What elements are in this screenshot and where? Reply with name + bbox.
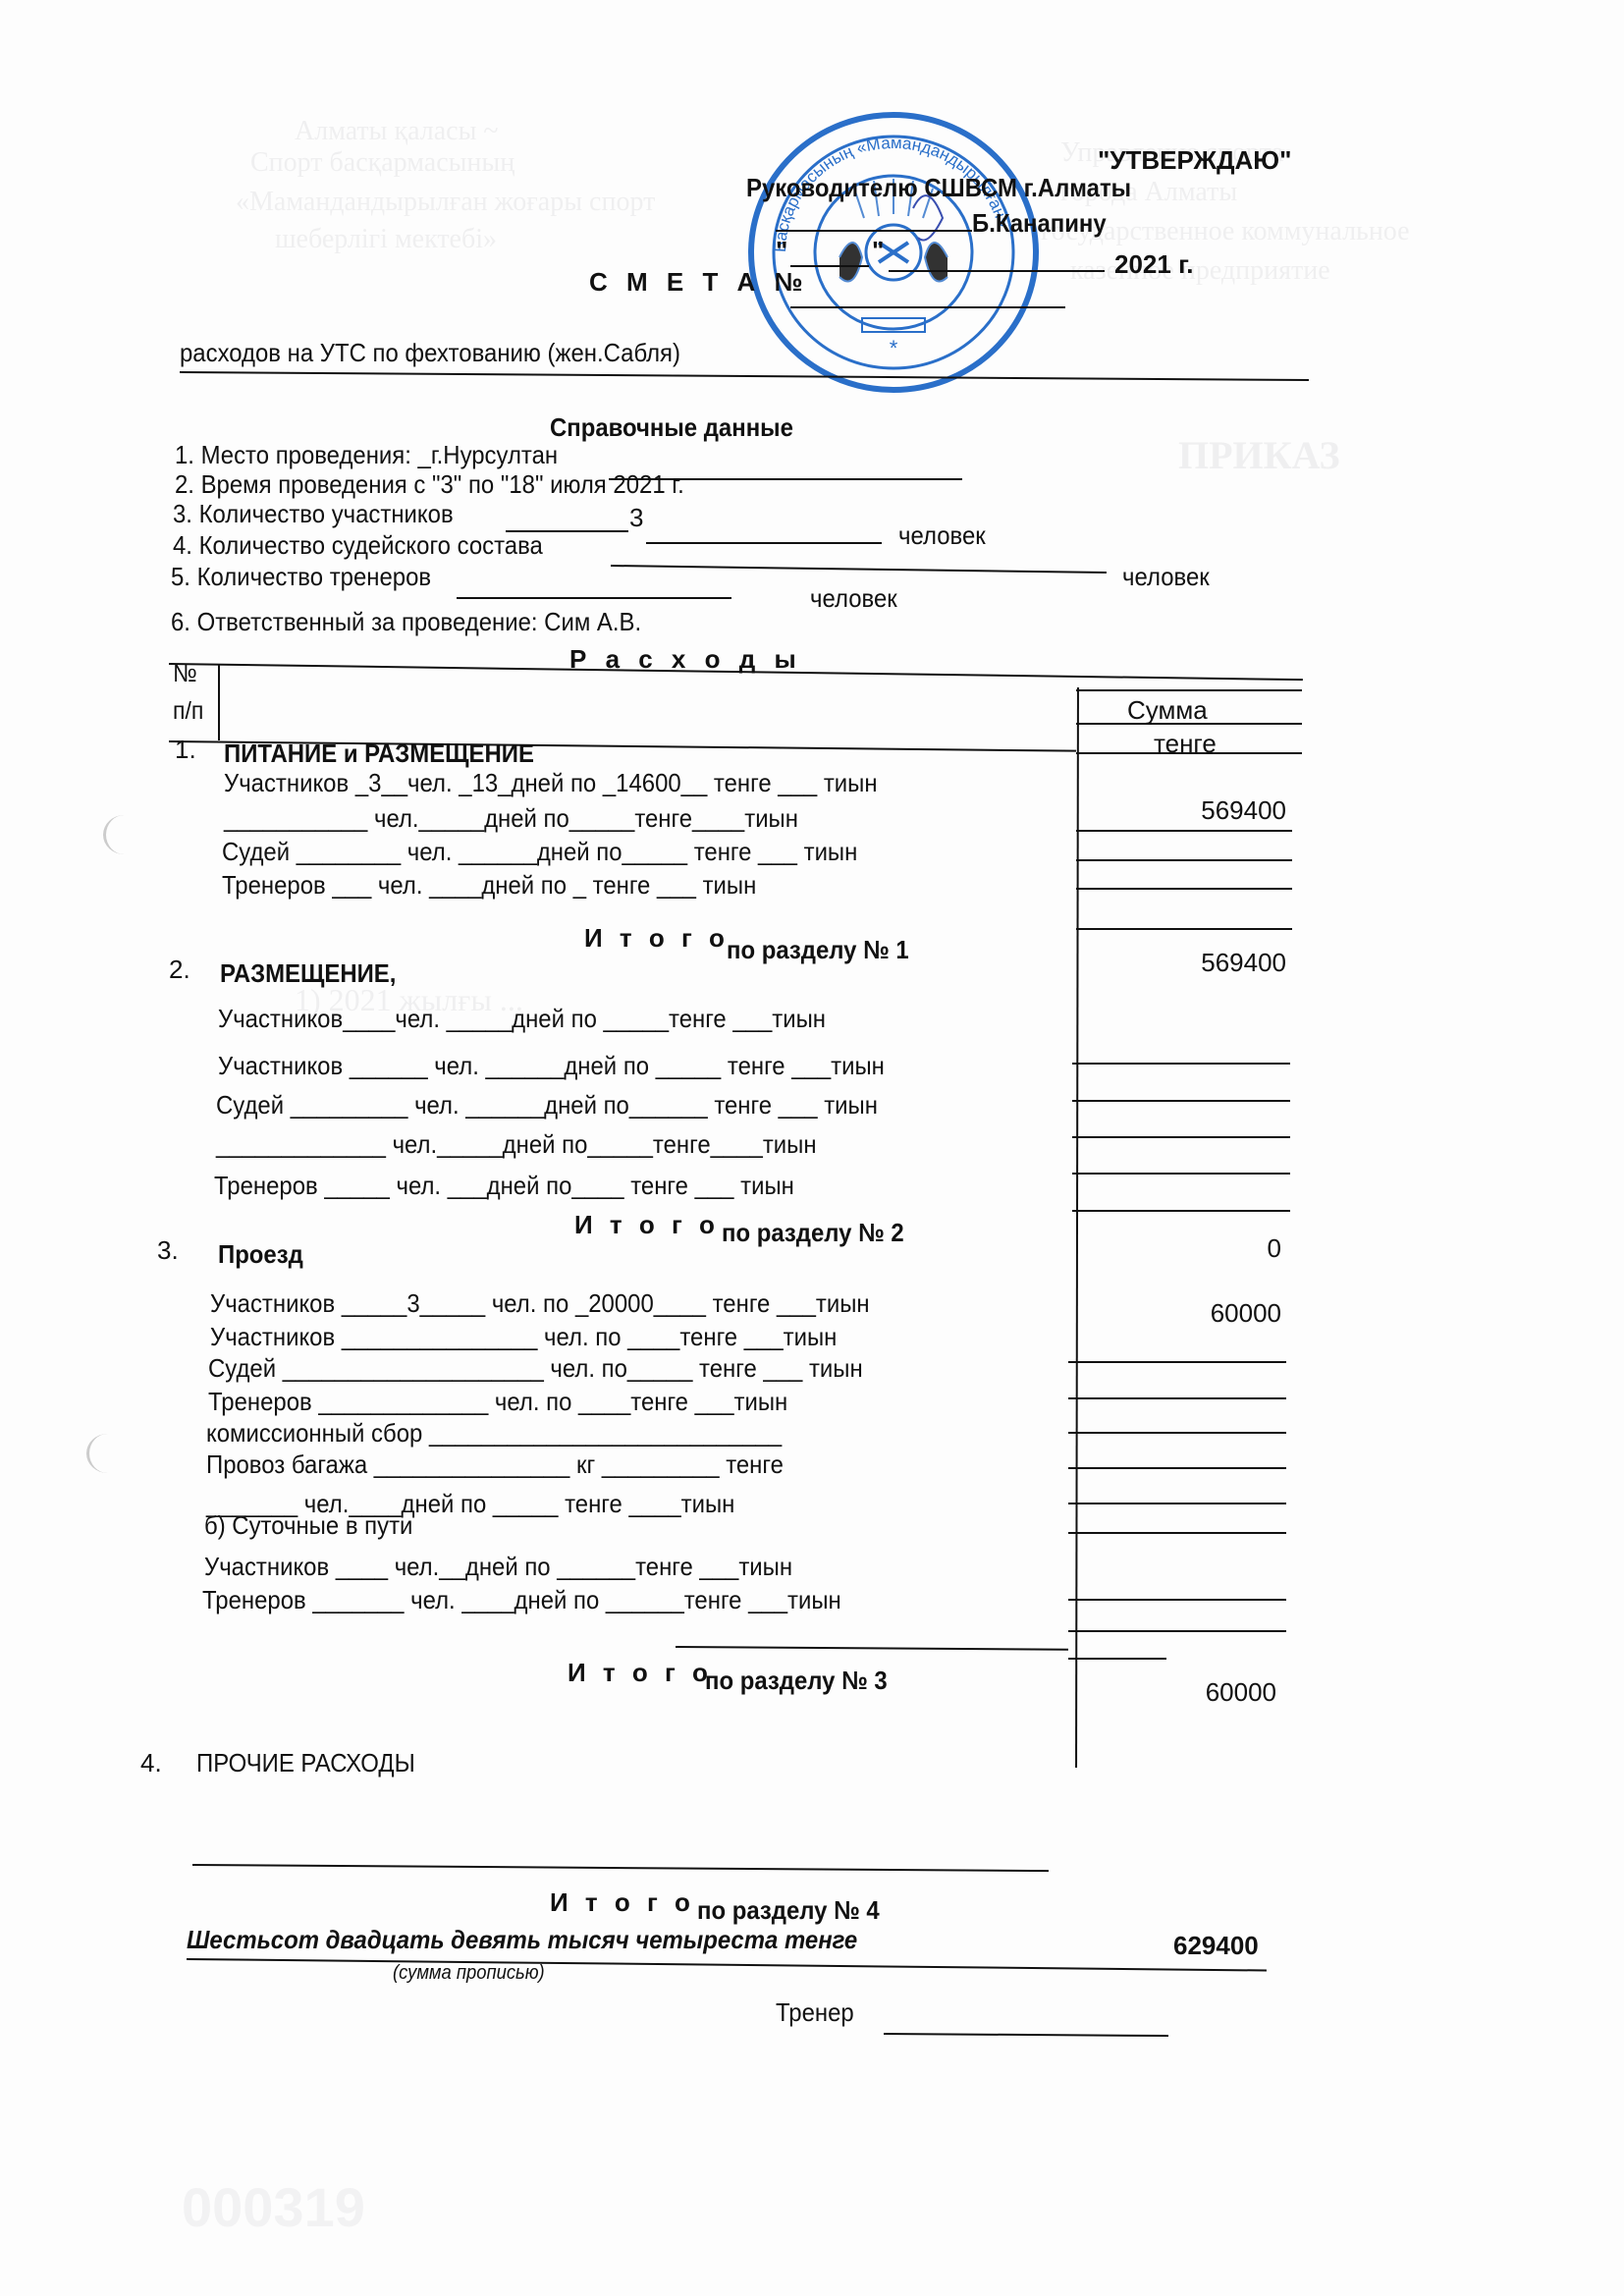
bleed-through-text: ПРИКАЗ: [1178, 432, 1340, 478]
sum-row-line: [1068, 1658, 1166, 1660]
section-2-total-label: И т о г о: [574, 1210, 720, 1240]
section-3-title: Проезд: [218, 1239, 303, 1270]
judges-line: [611, 565, 1107, 574]
bleed-through-text: казенное предприятие: [1070, 255, 1330, 287]
reference-item-participants: 3. Количество участников: [173, 499, 454, 529]
official-stamp-icon: * Басқармасының «Мамандандырылған»: [746, 110, 1041, 395]
coach-signature-label: Тренер: [776, 1997, 854, 2028]
sum-row-line: [1072, 1136, 1290, 1138]
coaches-unit: человек: [810, 583, 897, 614]
sum-column-divider: [1075, 687, 1079, 1768]
section-3-line-commission: комиссионный сбор ______________________…: [206, 1418, 782, 1449]
bleed-through-text: шеберлігі мектебі»: [275, 224, 497, 255]
smeta-title: С М Е Т А №: [589, 267, 809, 298]
sum-row-line: [1068, 1397, 1286, 1399]
approver-name: Б.Канапину: [972, 208, 1107, 239]
judges-unit: человек: [1122, 562, 1210, 592]
section-3-line-judges: Судей ____________________ чел. по_____ …: [208, 1353, 863, 1384]
section-2-line-coaches: Тренеров _____ чел. ___дней по____ тенге…: [214, 1171, 794, 1201]
section-4-total-label: И т о г о: [550, 1887, 695, 1918]
grand-total-words: Шестьсот двадцать девять тысяч четыреста…: [187, 1925, 857, 1955]
signature-line: [776, 230, 972, 232]
sum-row-line: [1072, 1210, 1290, 1212]
coaches-line: [457, 597, 731, 599]
bleed-through-number: 000319: [182, 2175, 365, 2239]
sum-row-line: [1068, 1630, 1286, 1632]
section-3-total-by: по разделу № 3: [705, 1666, 888, 1696]
bleed-through-text: Спорт басқармасының: [250, 147, 514, 179]
sum-row-line: [1072, 1100, 1290, 1102]
approve-heading: "УТВЕРЖДАЮ": [1098, 145, 1291, 176]
participants-line-b: [646, 542, 882, 544]
section-3-line-participants: Участников _____3_____ чел. по _20000___…: [210, 1288, 870, 1319]
col-number-header-2: п/п: [173, 697, 203, 726]
section-3-per-diem-coaches: Тренеров _______ чел. ____дней по ______…: [202, 1585, 841, 1615]
reference-item-place: 1. Место проведения: _г.Нурсултан: [175, 440, 558, 470]
bleed-through-text: Алматы қаласы ~: [295, 116, 499, 147]
section-3-per-diem-heading: б) Суточные в пути: [204, 1510, 412, 1541]
reference-item-coaches: 5. Количество тренеров: [171, 562, 431, 592]
sum-header-bottom: [1076, 752, 1302, 754]
section-3-total-label: И т о г о: [568, 1658, 713, 1688]
smeta-subject: расходов на УТС по фехтованию (жен.Сабля…: [180, 338, 680, 368]
sum-row-line: [1068, 1532, 1286, 1534]
section-4-line: [192, 1864, 1049, 1872]
section-1-line-amount: 569400: [1090, 795, 1286, 826]
section-2-line-participants: Участников____чел. _____дней по _____тен…: [218, 1004, 826, 1034]
col-divider: [218, 664, 220, 740]
col-number-header: №: [173, 660, 197, 688]
section-3-total-line: [676, 1646, 1068, 1651]
sum-row-line: [1076, 928, 1292, 930]
section-1-line-extra: ___________ чел._____дней по_____тенге__…: [224, 803, 798, 834]
section-3-number: 3.: [157, 1235, 179, 1266]
section-1-line-coaches: Тренеров ___ чел. ____дней по _ тенге __…: [222, 870, 756, 901]
section-3-line-baggage: Провоз багажа _______________ кг _______…: [206, 1449, 784, 1480]
participants-count: 3: [629, 503, 643, 533]
reference-item-time: 2. Время проведения с "3" по "18" июля 2…: [175, 469, 684, 500]
section-2-total-by: по разделу № 2: [722, 1218, 904, 1248]
section-2-line-extra: _____________ чел._____дней по_____тенге…: [216, 1129, 817, 1160]
sum-row-line: [1072, 1063, 1290, 1065]
section-1-number: 1.: [175, 735, 196, 765]
sum-row-line: [1068, 1503, 1286, 1504]
approver-title: Руководителю СШВСМ г.Алматы: [746, 173, 1131, 203]
sum-row-line: [1072, 1173, 1290, 1175]
section-1-line-judges: Судей ________ чел. ______дней по_____ т…: [222, 837, 857, 867]
date-quote-close: ": [872, 236, 884, 266]
sum-row-line: [1076, 830, 1292, 832]
sum-row-line: [1068, 1467, 1286, 1469]
section-1-title: ПИТАНИЕ и РАЗМЕЩЕНИЕ: [224, 738, 534, 769]
section-2-title: РАЗМЕЩЕНИЕ,: [220, 958, 396, 989]
reference-heading: Справочные данные: [550, 412, 793, 443]
sum-header-top: [1076, 689, 1302, 691]
section-3-total: 60000: [1080, 1677, 1276, 1708]
section-4-total-by: по разделу № 4: [697, 1895, 880, 1926]
section-1-total: 569400: [1090, 948, 1286, 978]
sum-row-line: [1068, 1432, 1286, 1434]
punch-hole: [86, 1434, 129, 1473]
section-1-total-label: И т о г о: [584, 923, 730, 954]
sum-row-line: [1068, 1599, 1286, 1601]
bleed-through-text: «Мамандандырылған жоғары спорт: [236, 187, 655, 218]
date-quote-open: ": [776, 236, 787, 266]
section-2-number: 2.: [169, 955, 190, 985]
participants-unit: человек: [898, 520, 986, 551]
approval-year: 2021 г.: [1114, 249, 1194, 280]
section-3-per-diem-participants: Участников ____ чел.__дней по ______тенг…: [204, 1552, 792, 1582]
sum-row-line: [1068, 1361, 1286, 1363]
reference-item-responsible: 6. Ответственный за проведение: Сим А.В.: [171, 607, 641, 637]
sum-row-line: [1076, 859, 1292, 861]
reference-item-judges: 4. Количество судейского состава: [173, 530, 543, 561]
smeta-number-line: [790, 306, 1065, 308]
section-3-line-participants-2: Участников _______________ чел. по ____т…: [210, 1322, 837, 1352]
grand-total-caption: (сумма прописью): [393, 1962, 545, 1985]
section-3-line-amount: 60000: [1085, 1298, 1281, 1329]
grand-total-line: [187, 1958, 1267, 1972]
section-4-title: ПРОЧИЕ РАСХОДЫ: [196, 1748, 415, 1778]
subject-underline: [180, 371, 1309, 381]
date-month-line: [889, 270, 1105, 272]
section-1-line-participants: Участников _3__чел. _13_дней по _14600__…: [224, 768, 878, 798]
col-currency-header: тенге: [1154, 729, 1217, 759]
punch-hole: [103, 815, 145, 854]
section-2-line-judges: Судей _________ чел. ______дней по______…: [216, 1090, 878, 1121]
col-sum-header: Сумма: [1127, 695, 1208, 726]
sum-row-line: [1076, 888, 1292, 890]
sum-header-mid: [1076, 723, 1302, 725]
svg-text:*: *: [890, 336, 898, 360]
section-1-total-by: по разделу № 1: [727, 935, 909, 965]
section-4-number: 4.: [140, 1748, 162, 1778]
section-2-line-participants-2: Участников ______ чел. ______дней по ___…: [218, 1051, 885, 1081]
section-3-line-coaches: Тренеров _____________ чел. по ____тенге…: [208, 1387, 787, 1417]
section-2-total: 0: [1085, 1233, 1281, 1264]
grand-total-amount: 629400: [1173, 1931, 1259, 1961]
coach-signature-line: [884, 2033, 1168, 2037]
